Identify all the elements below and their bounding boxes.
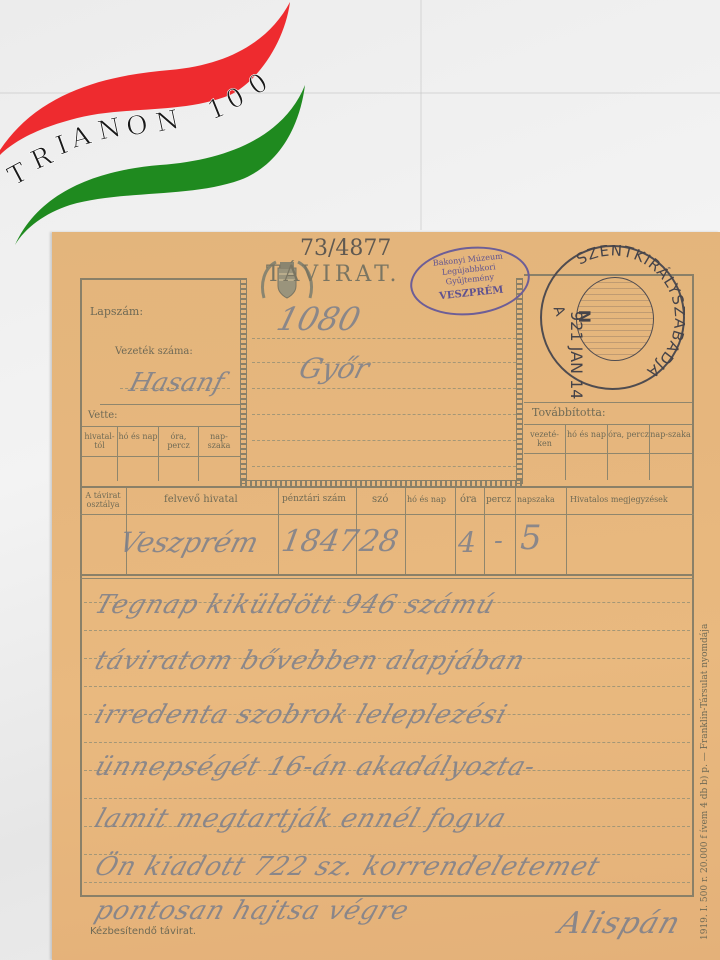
svg-text:N: N bbox=[153, 105, 181, 139]
handwritten-number: 1080 bbox=[273, 300, 365, 338]
col-ora-percz: óra, percz bbox=[608, 430, 649, 439]
svg-text:SZENTKIRÁLYSZABADJA: SZENTKIRÁLYSZABADJA bbox=[573, 245, 685, 382]
col-hivataltol: hivatal-tól bbox=[82, 432, 117, 450]
message-line-1: Tegnap kiküldött 946 számú bbox=[91, 590, 499, 620]
info-col-line bbox=[515, 488, 516, 574]
vezetek-value: Hasanf bbox=[126, 368, 227, 398]
trianon-logo: T R I A N O N 1 0 0 bbox=[0, 0, 320, 250]
col-vezeteken: vezeté-ken bbox=[524, 430, 565, 448]
address-line bbox=[252, 466, 516, 467]
divider bbox=[100, 404, 240, 405]
grid-line bbox=[524, 453, 692, 454]
value-szo: 28 bbox=[357, 524, 401, 559]
divider bbox=[524, 402, 692, 403]
value-percz: - bbox=[494, 526, 503, 556]
info-col-line bbox=[484, 488, 485, 574]
svg-text:O: O bbox=[124, 110, 150, 143]
col-napszaka: nap-szaka bbox=[650, 430, 691, 439]
vezetek-label: Vezeték száma: bbox=[115, 346, 193, 357]
divider bbox=[524, 424, 692, 425]
address-line bbox=[252, 414, 516, 415]
info-table-bottom2 bbox=[80, 578, 694, 579]
printer-imprint: 1919. I. 500 r. 20.000 f ívem 4 db b) p.… bbox=[700, 560, 710, 940]
info-table-bottom bbox=[80, 574, 694, 576]
header-ora: óra bbox=[460, 494, 477, 505]
message-line bbox=[84, 882, 690, 883]
message-line-4: ünnepségét 16-án akadályozta- bbox=[91, 752, 540, 782]
paper-fold bbox=[420, 0, 422, 230]
info-table-top bbox=[80, 486, 694, 488]
message-line-3: irredenta szobrok leleplezési bbox=[91, 700, 511, 730]
vette-label: Vette: bbox=[88, 410, 118, 421]
message-line bbox=[84, 742, 690, 743]
message-line-5: lamit megtartják ennél fogva bbox=[91, 804, 510, 834]
col-ho-es-nap: hó és nap bbox=[118, 432, 158, 441]
tovabbitotta-label: Továbbította: bbox=[532, 406, 606, 419]
grid-line bbox=[82, 456, 240, 457]
address-line bbox=[252, 338, 516, 339]
header-felvevo-hivatal: felvevő hivatal bbox=[164, 494, 238, 505]
frame-left bbox=[80, 278, 82, 896]
header-hivatalos-megjegyzesek: Hivatalos megjegyzések bbox=[570, 495, 668, 504]
col-ho-es-nap: hó és nap bbox=[566, 430, 607, 439]
col-napszaka: nap-szaka bbox=[199, 432, 239, 450]
header-tavirat-osztalya: A távirat osztálya bbox=[80, 491, 126, 509]
signature: Alispán bbox=[554, 906, 685, 941]
info-col-line bbox=[405, 488, 406, 574]
value-napszaka: 5 bbox=[520, 518, 542, 558]
info-col-line bbox=[455, 488, 456, 574]
frame-right bbox=[692, 274, 694, 896]
address-line bbox=[252, 362, 516, 363]
divider bbox=[82, 426, 240, 427]
frame-top bbox=[80, 278, 240, 280]
message-line-6: Ön kiadott 722 sz. korrendeletemet bbox=[91, 852, 604, 882]
postmark-location: SZENTKIRÁLYSZABADJA bbox=[540, 245, 685, 390]
info-col-line bbox=[566, 488, 567, 574]
svg-text:T: T bbox=[3, 157, 33, 192]
info-col-line bbox=[278, 488, 279, 574]
footer-label: Kézbesítendő távirat. bbox=[90, 926, 196, 937]
svg-text:0: 0 bbox=[243, 68, 273, 102]
svg-text:A: A bbox=[67, 120, 95, 155]
value-ora: 4 bbox=[458, 526, 476, 559]
lapszam-label: Lapszám: bbox=[90, 305, 143, 318]
svg-text:N: N bbox=[95, 113, 123, 147]
handwritten-destination: Győr bbox=[296, 352, 373, 385]
message-line bbox=[84, 630, 690, 631]
value-felvevo-hivatal: Veszprém bbox=[116, 526, 263, 559]
message-line bbox=[84, 798, 690, 799]
info-table-header-bottom bbox=[80, 514, 694, 515]
col-ora-percz: óra, percz bbox=[159, 432, 198, 450]
header-penztari-szam: pénztári szám bbox=[282, 494, 346, 504]
value-penztari-szam: 1847 bbox=[279, 524, 362, 559]
address-box-rail-left bbox=[240, 278, 247, 484]
telegram-title: TÁVIRAT. bbox=[266, 262, 401, 287]
address-box-rail-right bbox=[516, 278, 523, 484]
message-line-2: táviratom bővebben alapjában bbox=[91, 646, 529, 676]
address-line bbox=[252, 440, 516, 441]
header-szo: szó bbox=[372, 494, 388, 505]
svg-text:I: I bbox=[52, 130, 72, 162]
message-line bbox=[84, 686, 690, 687]
header-ho-es-nap: hó és nap bbox=[407, 495, 446, 504]
svg-text:R: R bbox=[27, 140, 58, 176]
hungarian-flag-ribbon-icon: T R I A N O N 1 0 0 bbox=[0, 0, 320, 250]
address-line bbox=[252, 388, 516, 389]
message-line-7: pontosan hajtsa végre bbox=[91, 896, 413, 926]
header-napszaka: napszaka bbox=[517, 495, 555, 504]
header-percz: percz bbox=[486, 495, 511, 505]
